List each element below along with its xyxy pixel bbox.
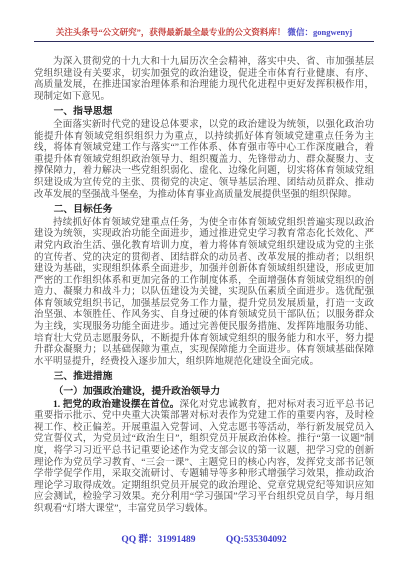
section-body-goals-tasks: 持续抓好体育领域党建重点任务，为使全市体育领域党组织普遍实现以政治建设为统领，实… — [34, 218, 374, 369]
section-heading-measures: 三、推进措施 — [34, 371, 374, 383]
section-heading-guiding-ideology: 一、指导思想 — [34, 106, 374, 118]
promo-header: 关注头条号“公文研究”，获得最新最全最专业的公文资料库！ 微信：gongweny… — [34, 27, 374, 42]
section-heading-goals-tasks: 二、目标任务 — [34, 204, 374, 216]
wechat-contact: 微信：gongwenyj — [287, 27, 352, 37]
measure-item-1-text: 深化对党忠诚教育，把对标对表习近平总书记重要指示批示、党中央重大决策部署对标对表… — [34, 400, 374, 514]
measure-item-1: 1. 把党的政治建设摆在首位。深化对党忠诚教育，把对标对表习近平总书记重要指示批… — [34, 400, 374, 516]
qq-number: QQ:535304092 — [226, 535, 287, 545]
document-page: 关注头条号“公文研究”，获得最新最全最专业的公文资料库！ 微信：gongweny… — [0, 0, 408, 580]
section-body-guiding-ideology: 全面落实新时代党的建设总体要求，以党的政治建设为统领，以强化政治功能提升体育领域… — [34, 120, 374, 201]
qq-group-number: QQ 群：31991489 — [121, 535, 195, 545]
promo-notice: 关注头条号“公文研究”，获得最新最全最专业的公文资料库！ — [56, 27, 286, 37]
measure-item-1-lead: 1. 把党的政治建设摆在首位。 — [53, 400, 180, 410]
intro-paragraph: 为深入贯彻党的十九大和十九届历次全会精神，落实中央、省、市加强基层党组织建设有关… — [34, 57, 374, 103]
contact-footer: QQ 群：31991489 QQ:535304092 — [0, 531, 408, 545]
subsection-heading-political-building: （一）加强政治建设，提升政治领导力 — [34, 386, 374, 398]
document-body: 为深入贯彻党的十九大和十九届历次全会精神，落实中央、省、市加强基层党组织建设有关… — [34, 57, 374, 516]
